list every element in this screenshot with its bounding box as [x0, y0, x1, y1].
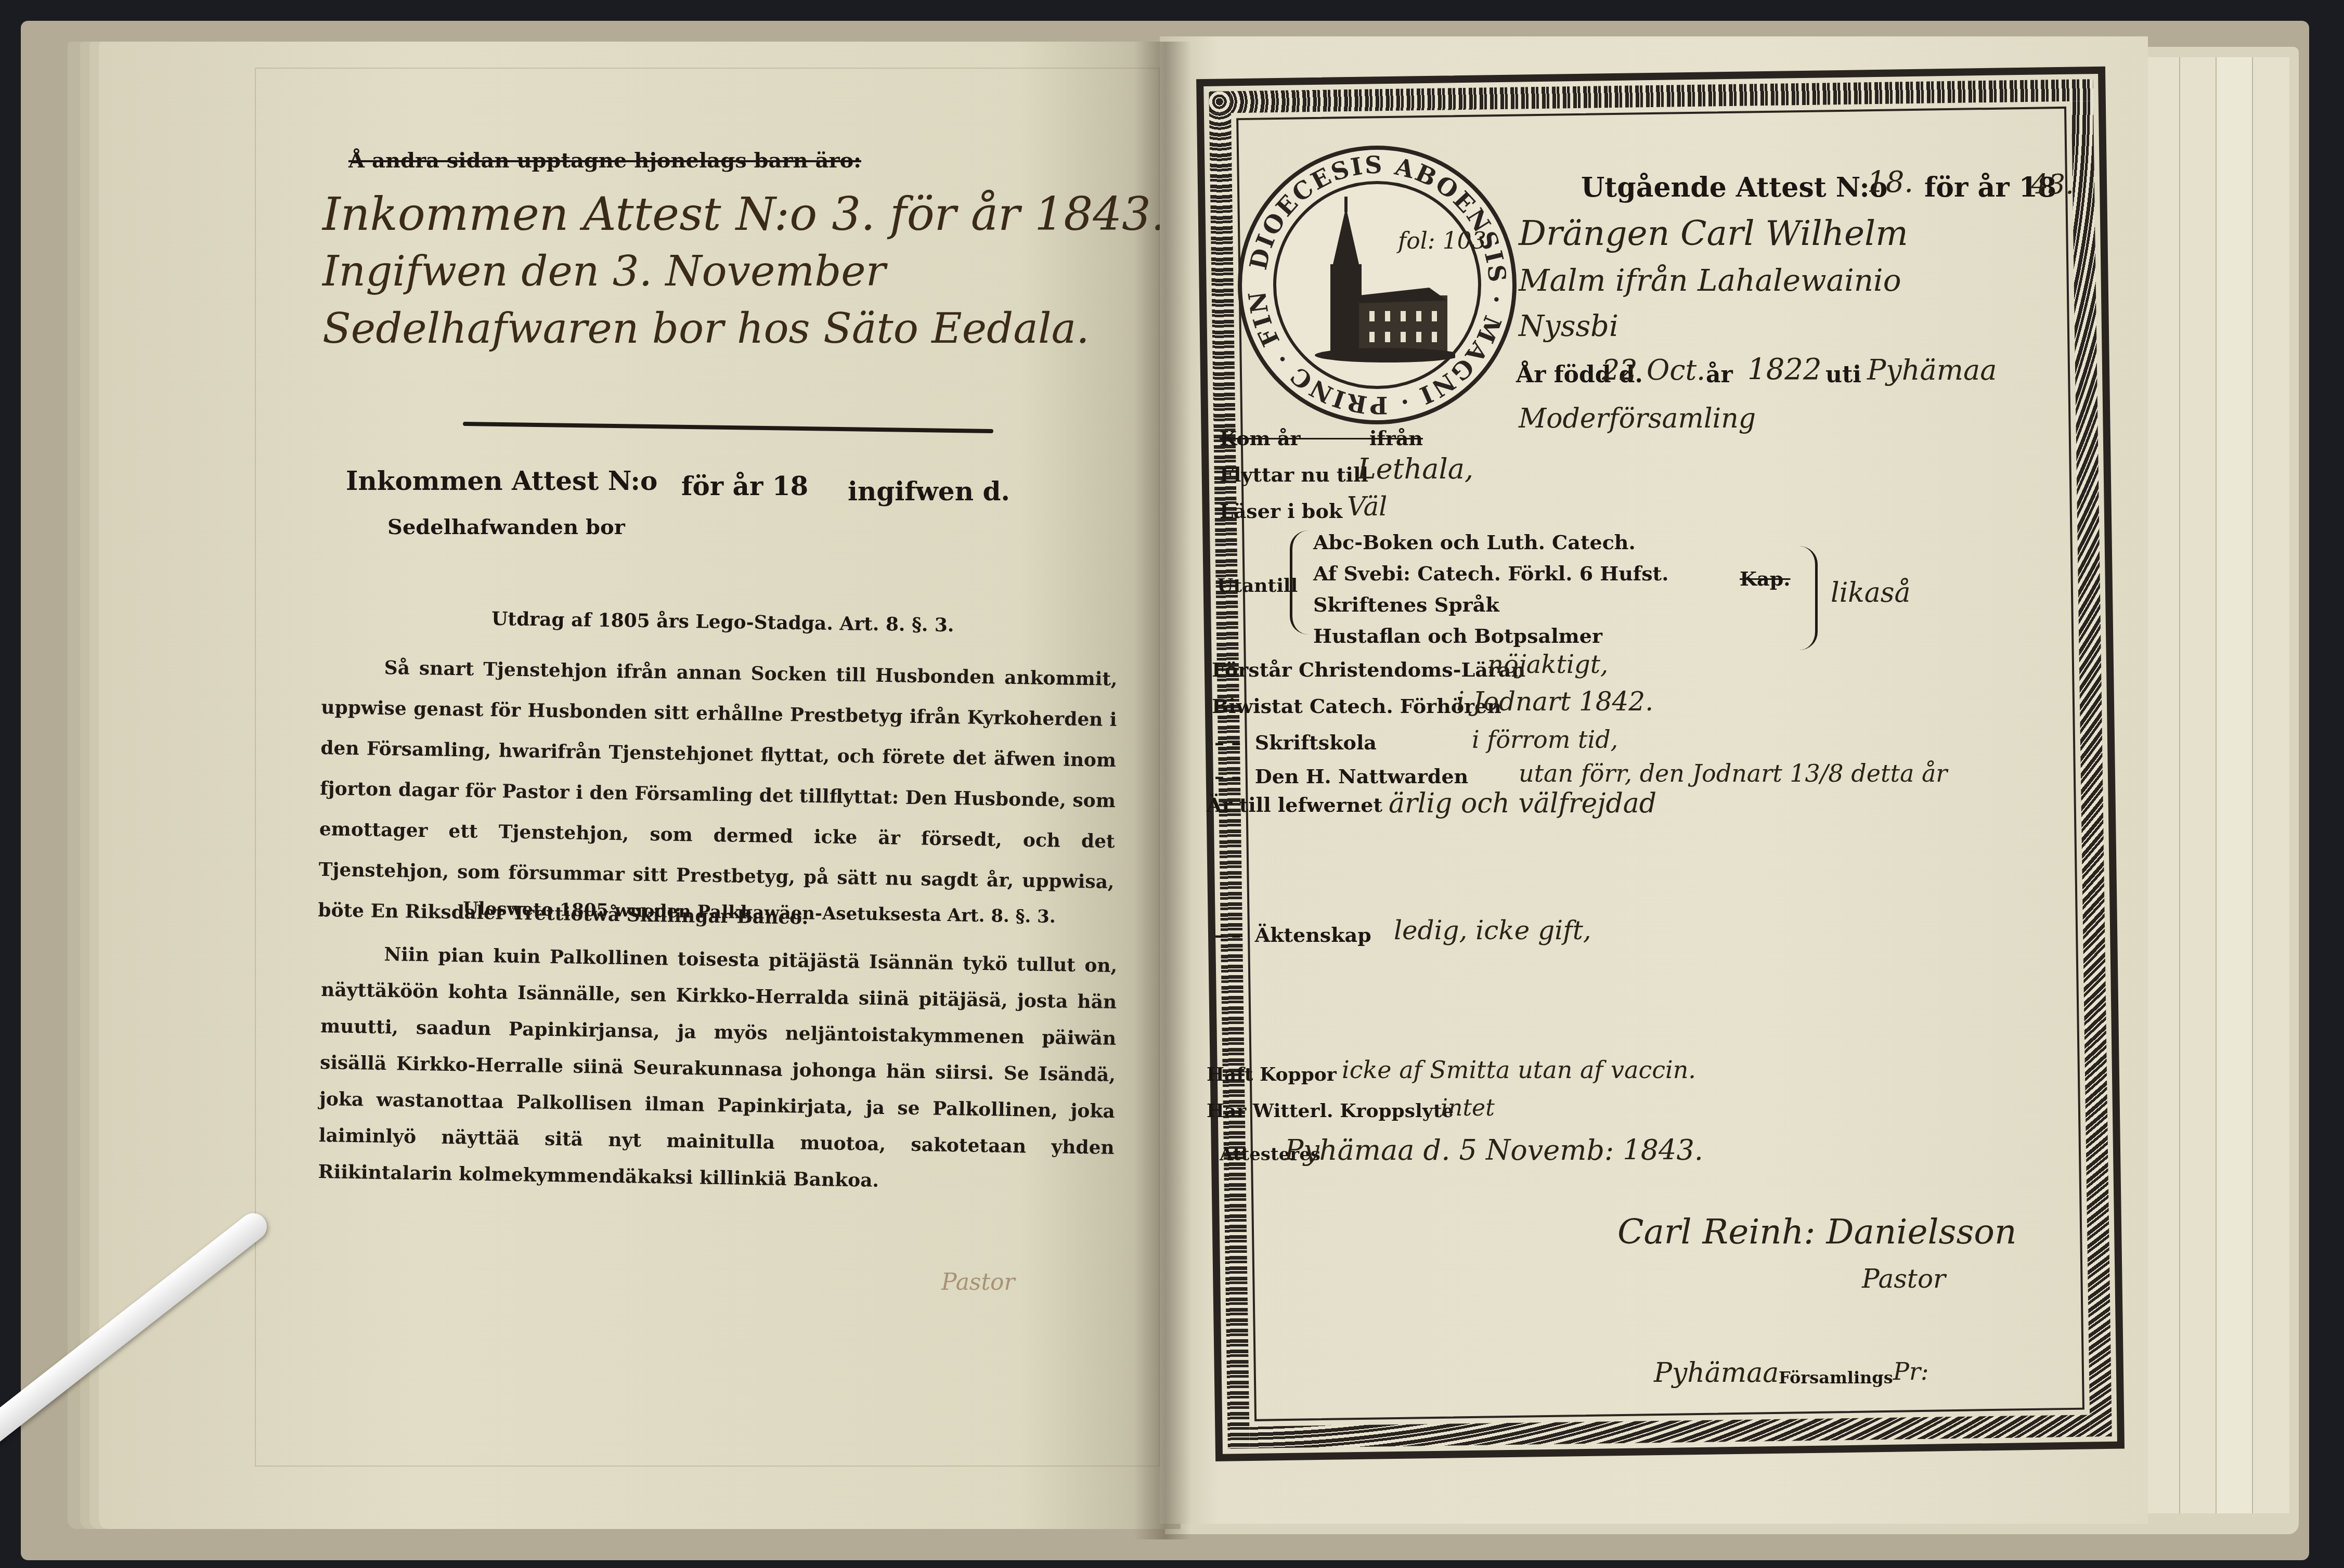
birth-day-month: 22 Oct. [1602, 354, 1705, 386]
footer-printed-forsamlings: Församlings [1779, 1368, 1893, 1388]
label-utantill: Utantill [1217, 575, 1298, 597]
person-line2: Malm ifrån Lahalewainio [1519, 263, 1901, 298]
faint-bleedthrough-mark: Pastor [941, 1269, 1015, 1295]
struck-printed-header: Å andra sidan upptagne hjonelags barn är… [348, 148, 861, 173]
birth-place: Pyhämaa [1867, 354, 1997, 386]
birth-place-line2: Moderförsamling [1519, 403, 1756, 434]
value-kroppslyte: intet [1441, 1095, 1495, 1121]
label-inkommen-attest: Inkommen Attest N:o [346, 465, 657, 496]
page-edge [2252, 57, 2289, 1513]
label-sedelhafwanden: Sedelhafwanden bor [387, 515, 625, 539]
footer-abbrev: Pr: [1893, 1357, 1928, 1385]
value-forstar: nöjaktigt, [1487, 650, 1608, 679]
attest-number: 18. [1867, 165, 1913, 199]
diocese-seal: DIOECESIS ABOENSIS · MAGNI · PRINC · FIN… [1238, 146, 1517, 424]
value-lefwernet: ärlig och välfrejdad [1389, 788, 1656, 819]
page-edge [2179, 57, 2217, 1513]
label-kom-ar-struck: Kom år ifrån [1220, 426, 1423, 450]
finnish-extract-text: Niin pian kuin Palkollinen toisesta pitä… [318, 935, 1118, 1202]
birth-year: 1822 [1747, 353, 1822, 386]
person-line3: Nyssbi [1519, 309, 1618, 343]
value-biwistat: i Jodnart 1842. [1456, 686, 1653, 717]
swedish-extract-text: Så snart Tjenstehjon ifrån annan Socken … [318, 646, 1118, 943]
value-haft-koppor: icke af Smitta utan af vaccin. [1342, 1056, 1696, 1084]
label-kroppslyte: Har Witterl. Kroppslyte [1207, 1100, 1454, 1122]
attest-place-date: Pyhämaa d. 5 Novemb: 1843. [1285, 1134, 1703, 1167]
label-kap: Kap. [1740, 567, 1790, 590]
signature-title: Pastor [1862, 1264, 1946, 1294]
label-aktenskap: – – Äktenskap [1214, 923, 1371, 947]
church-icon [1310, 197, 1455, 363]
utantill-item-3: Skriftenes Språk [1313, 593, 1499, 616]
label-nattwarden: – – Den H. Nattwarden [1214, 764, 1468, 788]
value-laser-i-bok: Väl [1347, 491, 1387, 522]
label-laser-i-bok: Läser i bok [1220, 499, 1342, 523]
label-haft-koppor: Haft Koppor [1207, 1064, 1337, 1085]
label-skriftskola: – – Skriftskola [1214, 731, 1377, 754]
person-line1: Drängen Carl Wilhelm [1519, 213, 1908, 253]
utantill-value-likasa: likaså [1831, 577, 1910, 608]
handwritten-incoming-line2: Ingifwen den 3. November [322, 247, 886, 295]
value-aktenskap: ledig, icke gift, [1394, 915, 1591, 945]
footer-place-handwritten: Pyhämaa [1654, 1357, 1779, 1389]
attest-year-suffix: 43. [2031, 169, 2074, 200]
finnish-extract-body: Niin pian kuin Palkollinen toisesta pitä… [318, 935, 1118, 1202]
page-edge [2216, 57, 2253, 1513]
swedish-extract-body: Så snart Tjenstehjon ifrån annan Socken … [318, 646, 1118, 943]
signature-name: Carl Reinh: Danielsson [1617, 1212, 2017, 1252]
label-uti: uti [1825, 361, 1861, 388]
left-brace [1290, 530, 1308, 634]
folio-number: fol: 103 [1398, 228, 1486, 254]
label-ingifwen: ingifwen d. [848, 476, 1010, 507]
label-for-ar: för år 18 [681, 471, 808, 501]
value-nattwarden: utan förr, den Jodnart 13/8 detta år [1519, 759, 1947, 787]
label-forstar: Förstår Christendoms-Läran [1212, 658, 1525, 681]
utantill-item-1: Abc-Boken och Luth. Catech. [1313, 530, 1636, 554]
utantill-item-4: Hustaflan och Botpsalmer [1313, 624, 1602, 647]
page-edge [2143, 57, 2180, 1513]
label-ar: år [1706, 361, 1733, 388]
value-skriftskola: i förrom tid, [1472, 725, 1618, 754]
utantill-item-2: Af Svebi: Catech. Förkl. 6 Hufst. [1313, 562, 1668, 585]
label-utgaende-attest: Utgående Attest N:o [1581, 172, 1887, 203]
handwritten-incoming-line1: Inkommen Attest N:o 3. för år 1843. [322, 187, 1165, 241]
value-flyttar-nu-till: Lethala, [1357, 452, 1473, 485]
gutter-shadow [1134, 42, 1191, 1539]
handwritten-incoming-line3: Sedelhafwaren bor hos Säto Eedala. [322, 304, 1090, 353]
label-flyttar-nu-till: Flyttar nu till [1220, 463, 1368, 486]
right-brace [1799, 546, 1818, 650]
label-lefwernet: Är till lefwernet [1207, 793, 1382, 817]
